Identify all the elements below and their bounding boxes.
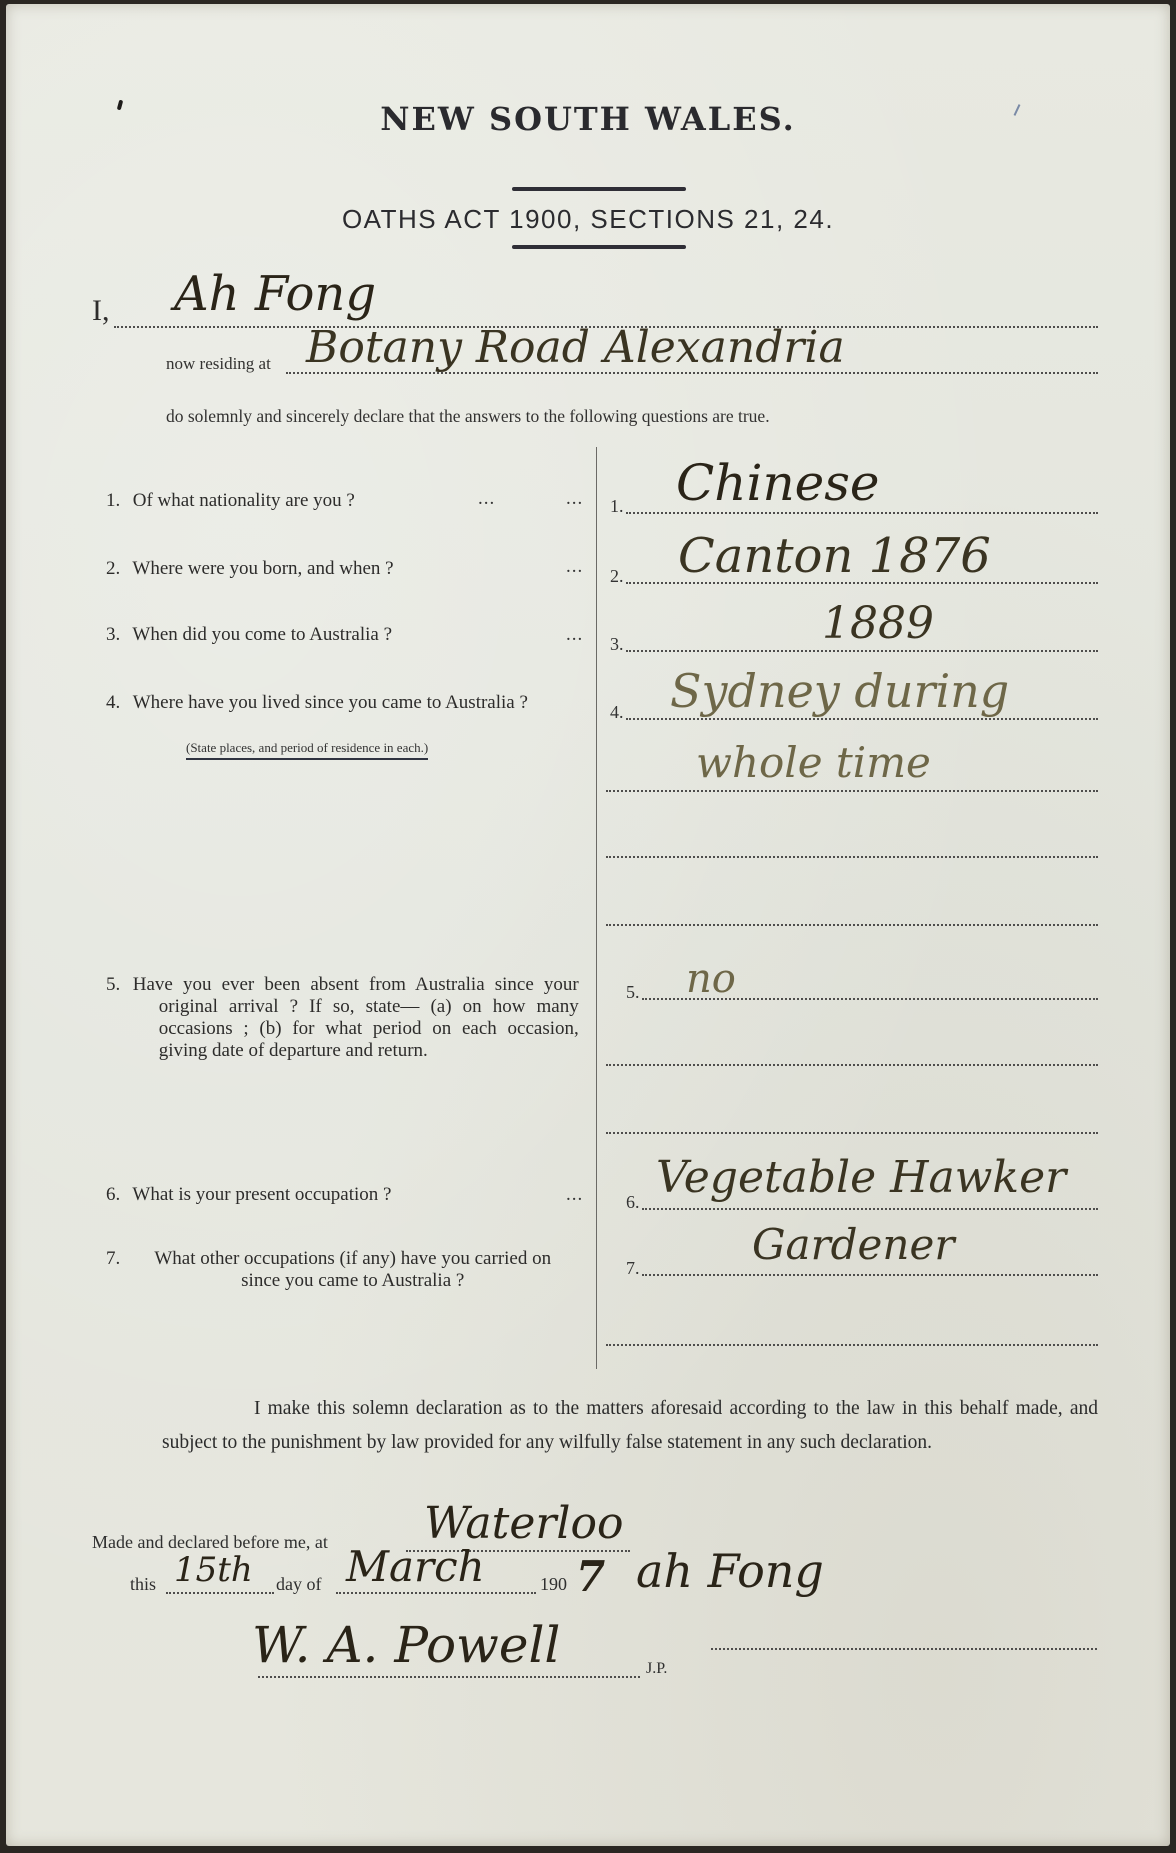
- declarant-name-field[interactable]: Ah Fong: [174, 266, 376, 322]
- answer-7-line-2: [606, 1344, 1098, 1346]
- answer-4-field-line2[interactable]: whole time: [696, 738, 931, 787]
- act-subtitle: OATHS ACT 1900, SECTIONS 21, 24.: [6, 204, 1170, 235]
- question-6-leader: ...: [566, 1184, 583, 1206]
- question-1-leader: ...: [478, 488, 495, 510]
- question-7: 7. What other occupations (if any) have …: [106, 1248, 586, 1292]
- title-rule-bottom: [512, 245, 686, 249]
- question-3-leader: ...: [566, 624, 583, 646]
- answer-5-number: 5.: [626, 982, 640, 1003]
- answer-1-number: 1.: [610, 496, 624, 517]
- address-field[interactable]: Botany Road Alexandria: [306, 322, 845, 373]
- month-dotted-line: [336, 1592, 536, 1594]
- declaration-form-page: NEW SOUTH WALES. OATHS ACT 1900, SECTION…: [6, 4, 1170, 1846]
- answer-6-line: [642, 1208, 1098, 1210]
- this-label: this: [130, 1574, 156, 1595]
- answer-4-line-3: [606, 856, 1098, 858]
- question-4: 4. Where have you lived since you came t…: [106, 692, 586, 714]
- declaration-intro: do solemnly and sincerely declare that t…: [166, 406, 770, 427]
- answer-7-line: [642, 1274, 1098, 1276]
- answer-7-number: 7.: [626, 1258, 640, 1279]
- answer-5-line-3: [606, 1132, 1098, 1134]
- answer-3-field[interactable]: 1889: [822, 598, 934, 649]
- declarant-signature-line: [711, 1648, 1097, 1650]
- answer-7-field[interactable]: Gardener: [752, 1220, 954, 1269]
- answer-4-field[interactable]: Sydney during: [670, 664, 1009, 718]
- month-field[interactable]: March: [346, 1542, 485, 1591]
- day-of-label: day of: [276, 1574, 321, 1595]
- question-1-leader-end: ...: [566, 488, 583, 510]
- answer-4-line-4: [606, 924, 1098, 926]
- column-divider: [596, 447, 597, 1369]
- answer-6-number: 6.: [626, 1192, 640, 1213]
- answer-2-field[interactable]: Canton 1876: [678, 528, 991, 584]
- jp-signature[interactable]: W. A. Powell: [252, 1616, 560, 1674]
- answer-1-line: [626, 512, 1098, 514]
- title-rule-top: [512, 187, 686, 191]
- declarant-prefix: I,: [92, 294, 110, 328]
- answer-1-field[interactable]: Chinese: [676, 454, 880, 512]
- answer-6-field[interactable]: Vegetable Hawker: [656, 1152, 1066, 1203]
- page-title: NEW SOUTH WALES.: [6, 100, 1170, 138]
- answer-5-line-2: [606, 1064, 1098, 1066]
- question-2-leader: ...: [566, 556, 583, 578]
- jp-signature-line: [258, 1676, 640, 1678]
- answer-3-line: [626, 650, 1098, 652]
- day-dotted-line: [166, 1592, 274, 1594]
- answer-5-field[interactable]: no: [686, 956, 736, 1002]
- answer-4-number: 4.: [610, 702, 624, 723]
- declarant-signature[interactable]: ah Fong: [636, 1544, 824, 1598]
- jp-label: J.P.: [646, 1660, 667, 1678]
- residing-label: now residing at: [166, 354, 271, 374]
- year-digit-field[interactable]: 7: [576, 1552, 605, 1601]
- day-field[interactable]: 15th: [174, 1550, 253, 1590]
- question-3: 3. When did you come to Australia ?: [106, 624, 392, 646]
- answer-4-line: [626, 718, 1098, 720]
- question-6: 6. What is your present occupation ?: [106, 1184, 391, 1206]
- question-5: 5. Have you ever been absent from Austra…: [106, 974, 586, 1062]
- answer-3-number: 3.: [610, 634, 624, 655]
- question-1: 1. Of what nationality are you ?: [106, 490, 355, 512]
- question-4-note: (State places, and period of residence i…: [186, 740, 428, 760]
- answer-4-line-2: [606, 790, 1098, 792]
- year-prefix: 190: [540, 1574, 567, 1595]
- answer-2-number: 2.: [610, 566, 624, 587]
- question-2: 2. Where were you born, and when ?: [106, 558, 394, 580]
- declaration-statement: I make this solemn declaration as to the…: [162, 1392, 1098, 1460]
